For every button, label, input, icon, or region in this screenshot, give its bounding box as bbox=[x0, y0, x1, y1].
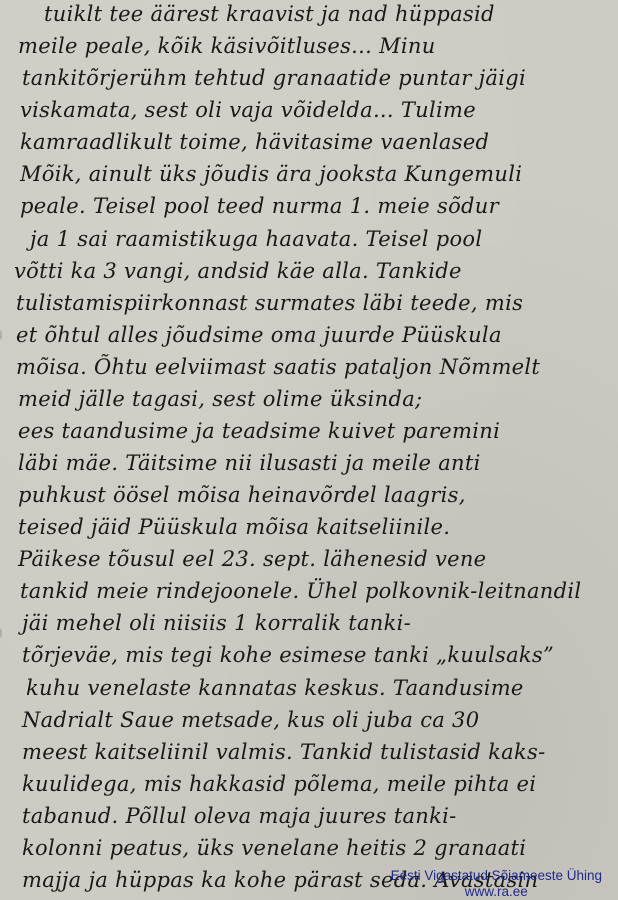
handwritten-line: kuulidega, mis hakkasid põlema, meile pi… bbox=[22, 772, 536, 796]
handwritten-line: võtti ka 3 vangi, andsid käe alla. Tanki… bbox=[14, 259, 462, 283]
handwritten-line: meest kaitseliinil valmis. Tankid tulist… bbox=[22, 740, 545, 764]
handwritten-line: viskamata, sest oli vaja võidelda... Tul… bbox=[20, 98, 476, 122]
handwritten-line: peale. Teisel pool teed nurma 1. meie sõ… bbox=[20, 194, 499, 218]
handwritten-line: jäi mehel oli niisiis 1 korralik tanki- bbox=[22, 611, 411, 635]
handwritten-line: meile peale, kõik käsivõitluses... Minu bbox=[18, 34, 436, 58]
handwritten-line: tankitõrjerühm tehtud granaatide puntar … bbox=[22, 66, 526, 90]
handwritten-line: läbi mäe. Täitsime nii ilusasti ja meile… bbox=[18, 451, 481, 475]
handwritten-line: tõrjeväe, mis tegi kohe esimese tanki „k… bbox=[22, 643, 554, 667]
handwritten-line: Nadrialt Saue metsade, kus oli juba ca 3… bbox=[22, 708, 479, 732]
handwritten-line: ja 1 sai raamistikuga haavata. Teisel po… bbox=[30, 227, 482, 251]
handwritten-line: tulistamispiirkonnast surmates läbi teed… bbox=[16, 291, 523, 315]
document-page: tuiklt tee äärest kraavist ja nad hüppas… bbox=[0, 0, 618, 900]
archive-watermark: Eesti Vigastatud Sõjameeste Ühing www.ra… bbox=[391, 868, 602, 900]
handwritten-line: puhkust öösel mõisa heinavõrdel laagris, bbox=[18, 483, 466, 507]
handwritten-line: kolonni peatus, üks venelane heitis 2 gr… bbox=[22, 836, 526, 860]
handwritten-line: tabanud. Põllul oleva maja juures tanki- bbox=[22, 804, 457, 828]
handwritten-line: ees taandusime ja teadsime kuivet paremi… bbox=[18, 419, 500, 443]
handwritten-line: mõisa. Õhtu eelviimast saatis pataljon N… bbox=[16, 355, 540, 379]
handwritten-line: et õhtul alles jõudsime oma juurde Püüsk… bbox=[16, 323, 502, 347]
handwritten-line: Päikese tõusul eel 23. sept. lähenesid v… bbox=[18, 547, 486, 571]
handwritten-line: Mõik, ainult üks jõudis ära jooksta Kung… bbox=[20, 162, 522, 186]
handwritten-line: tankid meie rindejoonele. Ühel polkovnik… bbox=[20, 579, 581, 603]
paper-mark bbox=[0, 628, 2, 638]
watermark-organization: Eesti Vigastatud Sõjameeste Ühing bbox=[391, 868, 602, 884]
handwritten-line: teised jäid Püüskula mõisa kaitseliinile… bbox=[18, 515, 450, 539]
handwritten-line: kuhu venelaste kannatas keskus. Taandusi… bbox=[26, 676, 524, 700]
handwritten-line: meid jälle tagasi, sest olime üksinda; bbox=[18, 387, 422, 411]
paper-mark bbox=[0, 330, 2, 340]
watermark-url[interactable]: www.ra.ee bbox=[391, 884, 602, 900]
handwritten-line: kamraadlikult toime, hävitasime vaenlase… bbox=[20, 130, 489, 154]
handwritten-line: tuiklt tee äärest kraavist ja nad hüppas… bbox=[44, 2, 495, 26]
